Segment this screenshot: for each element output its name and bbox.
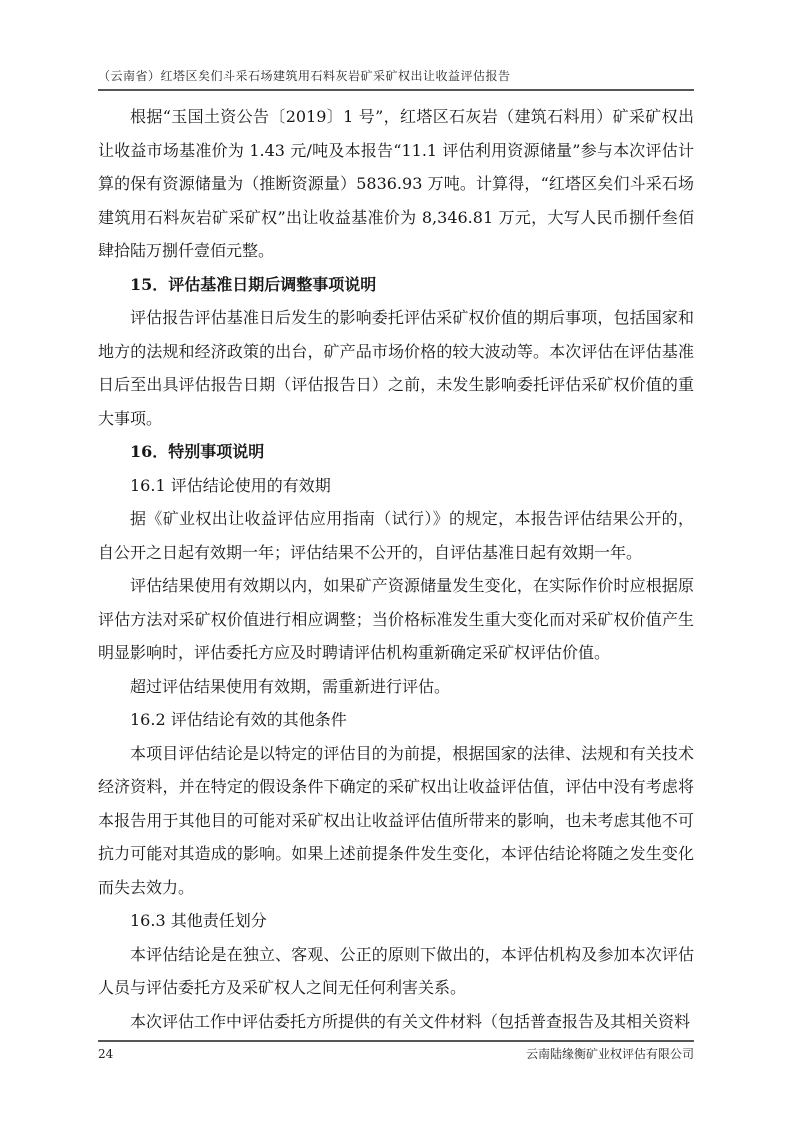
page-number: 24 [98, 1046, 113, 1062]
paragraph-validity-adjust: 评估结果使用有效期以内，如果矿产资源储量发生变化，在实际作价时应根据原评估方法对… [98, 569, 694, 670]
subsection-heading-16-2: 16.2 评估结论有效的其他条件 [98, 703, 694, 737]
section-heading-16: 16．特别事项说明 [98, 435, 694, 469]
footer-company-name: 云南陆缘衡矿业权评估有限公司 [526, 1046, 694, 1062]
page-footer: 24 云南陆缘衡矿业权评估有限公司 [98, 1040, 694, 1062]
subsection-heading-16-1: 16.1 评估结论使用的有效期 [98, 469, 694, 503]
document-page: （云南省）红塔区矣们斗采石场建筑用石料灰岩矿采矿权出让收益评估报告 根据“玉国土… [0, 0, 794, 1123]
subsection-heading-16-3: 16.3 其他责任划分 [98, 904, 694, 938]
paragraph-validity-rule: 据《矿业权出让收益评估应用指南（试行）》的规定，本报告评估结果公开的，自公开之日… [98, 502, 694, 569]
page-header: （云南省）红塔区矣们斗采石场建筑用石料灰岩矿采矿权出让收益评估报告 [98, 68, 694, 91]
paragraph-independence: 本评估结论是在独立、客观、公正的原则下做出的，本评估机构及参加本次评估人员与评估… [98, 938, 694, 1005]
paragraph-benchmark-price: 根据“玉国土资公告〔2019〕1 号”，红塔区石灰岩（建筑石料用）矿采矿权出让收… [98, 100, 694, 268]
section-heading-15: 15．评估基准日期后调整事项说明 [98, 268, 694, 302]
paragraph-materials: 本次评估工作中评估委托方所提供的有关文件材料（包括普查报告及其相关资料 [98, 1005, 694, 1039]
paragraph-revaluation: 超过评估结果使用有效期，需重新进行评估。 [98, 670, 694, 704]
paragraph-post-date-events: 评估报告评估基准日后发生的影响委托评估采矿权价值的期后事项，包括国家和地方的法规… [98, 301, 694, 435]
paragraph-other-conditions: 本项目评估结论是以特定的评估目的为前提，根据国家的法律、法规和有关技术经济资料，… [98, 737, 694, 905]
document-body: 根据“玉国土资公告〔2019〕1 号”，红塔区石灰岩（建筑石料用）矿采矿权出让收… [98, 100, 694, 1038]
running-title: （云南省）红塔区矣们斗采石场建筑用石料灰岩矿采矿权出让收益评估报告 [98, 69, 511, 83]
